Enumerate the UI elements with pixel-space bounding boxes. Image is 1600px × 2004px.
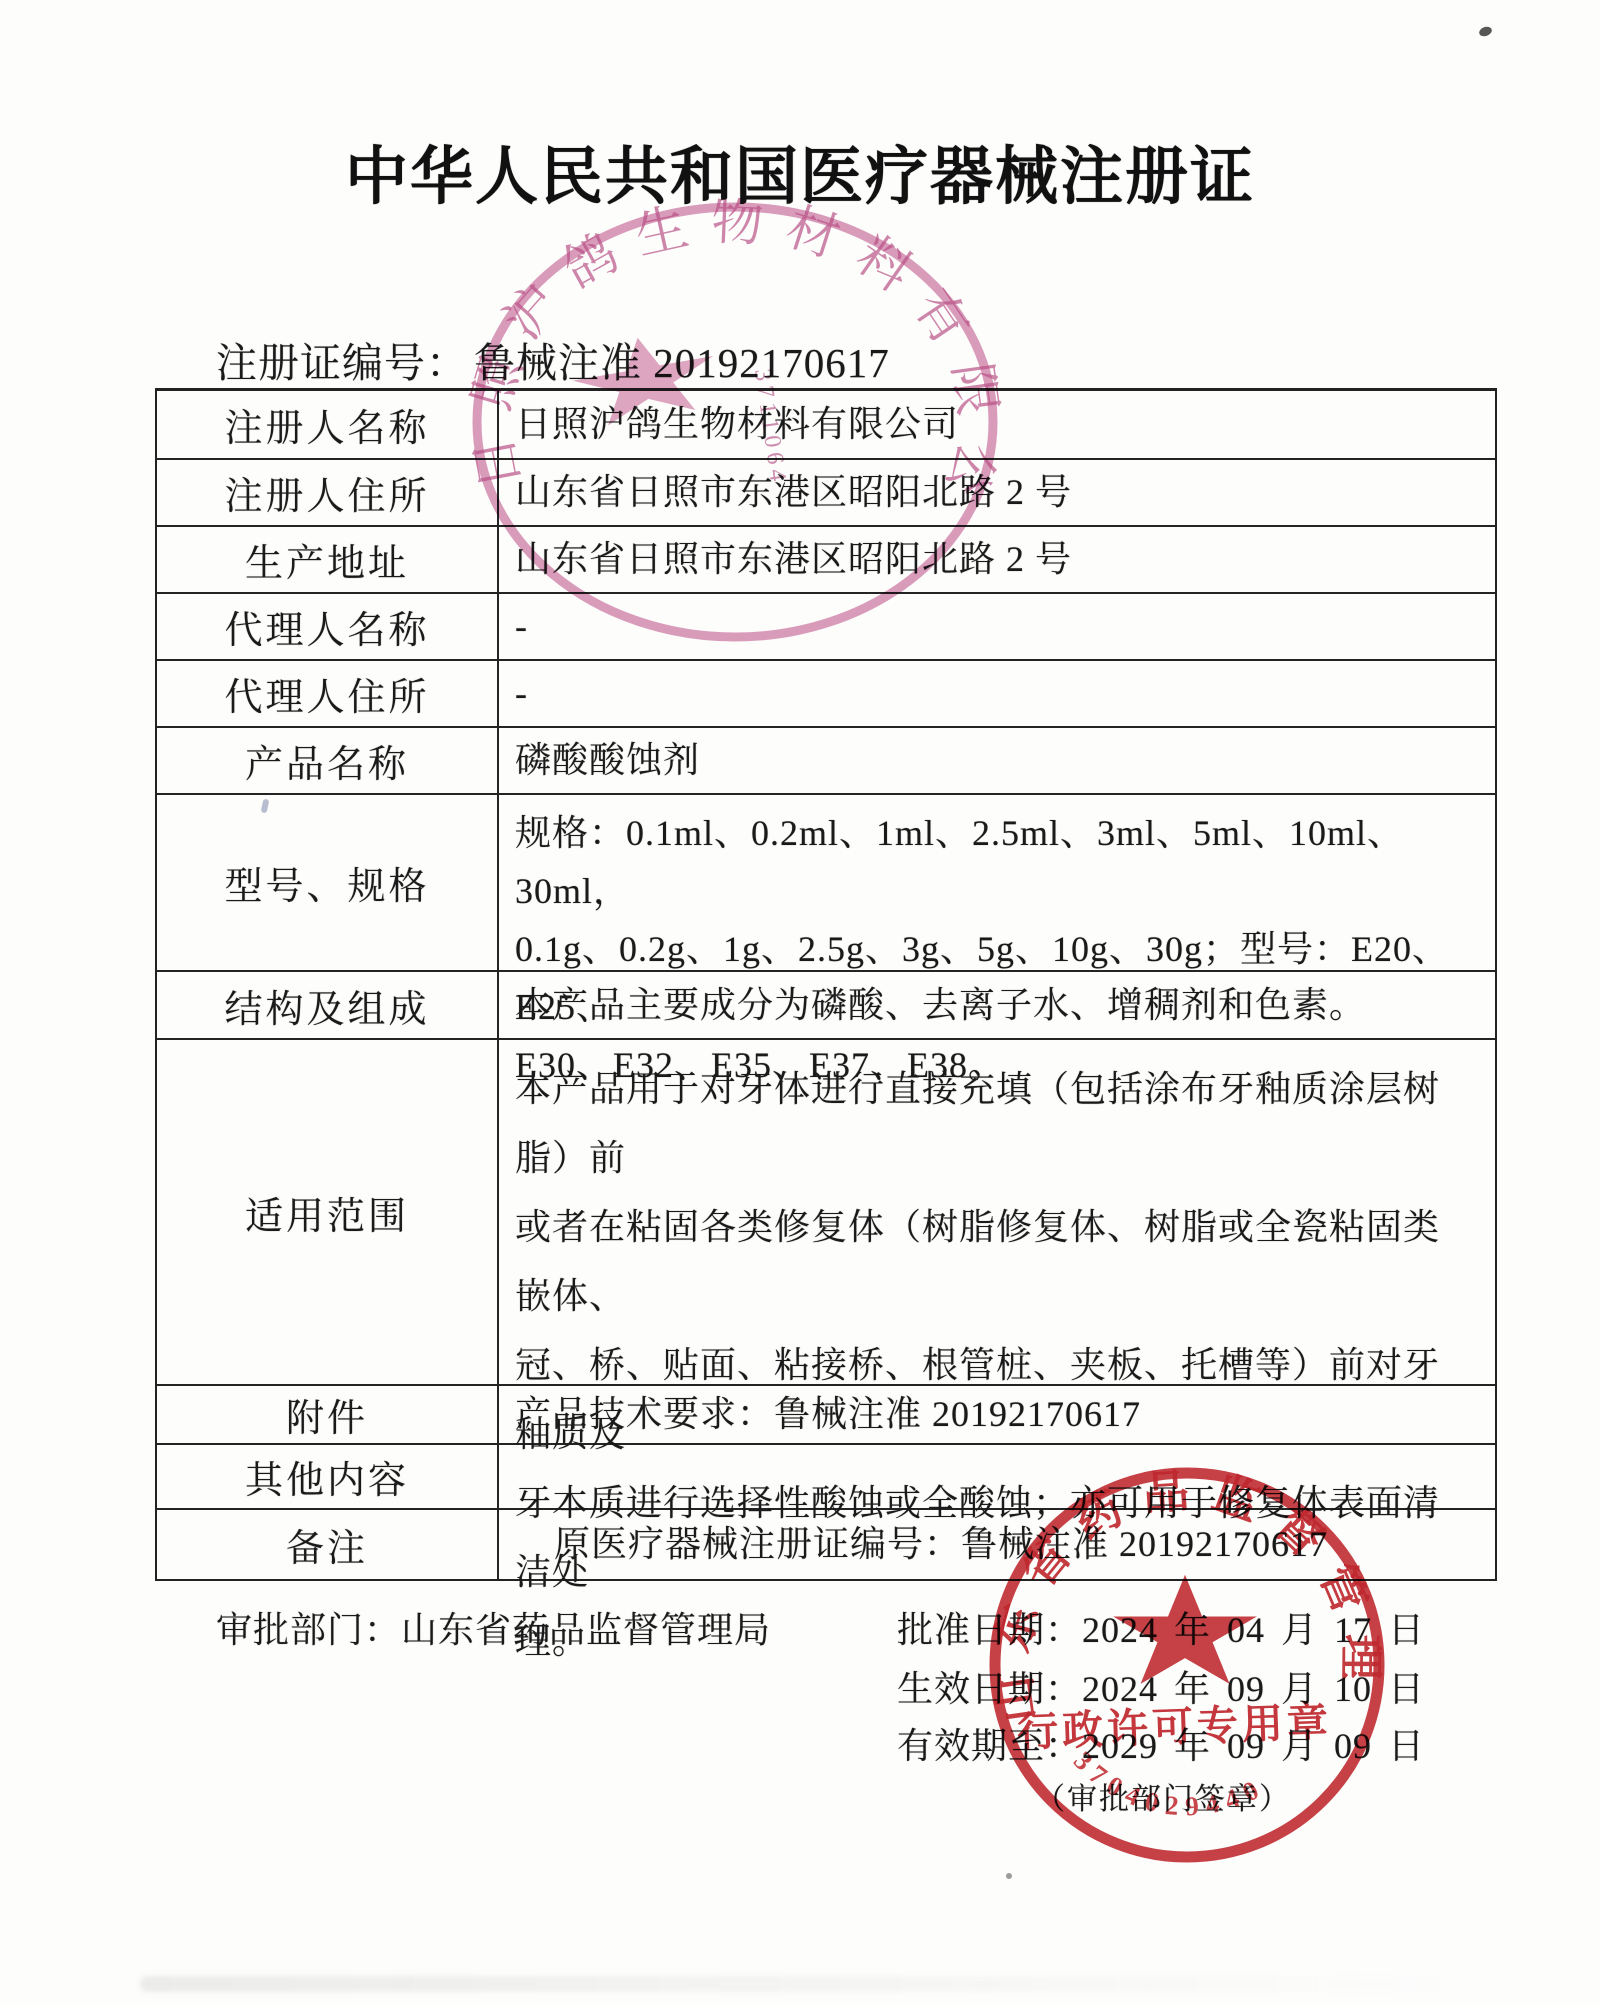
row-label: 附件: [157, 1386, 499, 1443]
table-row: 产品名称磷酸酸蚀剂: [157, 726, 1495, 793]
table-row: 型号、规格规格：0.1ml、0.2ml、1ml、2.5ml、3ml、5ml、10…: [157, 793, 1495, 970]
row-label: 型号、规格: [157, 795, 499, 970]
approval-department-label: 审批部门：: [216, 1610, 401, 1650]
certificate-table: 注册人名称日照沪鸽生物材料有限公司注册人住所山东省日照市东港区昭阳北路 2 号生…: [155, 388, 1497, 1581]
valid-until-value: 2029 年 09 月 09 日: [1082, 1726, 1425, 1766]
table-row: 代理人名称-: [157, 592, 1495, 659]
row-value: 产品技术要求：鲁械注准 20192170617: [499, 1386, 1495, 1443]
row-value: 磷酸酸蚀剂: [499, 728, 1495, 793]
row-label: 适用范围: [157, 1040, 499, 1384]
row-label: 生产地址: [157, 527, 499, 592]
row-value: -: [499, 594, 1495, 659]
row-label: 注册人名称: [157, 391, 499, 458]
approval-department-line: 审批部门：山东省药品监督管理局: [216, 1602, 771, 1653]
row-value: 本产品用于对牙体进行直接充填（包括涂布牙釉质涂层树脂）前 或者在粘固各类修复体（…: [499, 1040, 1495, 1384]
row-value: -: [499, 661, 1495, 726]
row-value: 山东省日照市东港区昭阳北路 2 号: [499, 527, 1495, 592]
seal-note: （审批部门签章）: [1035, 1774, 1291, 1818]
valid-until-line: 有效期至：2029 年 09 月 09 日: [897, 1718, 1425, 1769]
registration-number-label: 注册证编号：: [216, 340, 468, 386]
row-label: 代理人名称: [157, 594, 499, 659]
row-value: 原医疗器械注册证编号：鲁械注准 20192170617: [499, 1510, 1495, 1579]
table-row: 生产地址山东省日照市东港区昭阳北路 2 号: [157, 525, 1495, 592]
row-value: 山东省日照市东港区昭阳北路 2 号: [499, 460, 1495, 525]
row-value: [499, 1445, 1495, 1508]
table-row: 注册人名称日照沪鸽生物材料有限公司: [157, 391, 1495, 458]
row-label: 注册人住所: [157, 460, 499, 525]
approve-date-label: 批准日期：: [897, 1610, 1082, 1650]
approve-date-value: 2024 年 04 月 17 日: [1082, 1610, 1425, 1650]
table-row: 备注原医疗器械注册证编号：鲁械注准 20192170617: [157, 1508, 1495, 1579]
scan-speck: [1478, 25, 1493, 38]
effective-date-line: 生效日期：2024 年 09 月 10 日: [897, 1661, 1425, 1712]
table-row: 附件产品技术要求：鲁械注准 20192170617: [157, 1384, 1495, 1443]
row-value: 规格：0.1ml、0.2ml、1ml、2.5ml、3ml、5ml、10ml、 3…: [499, 795, 1495, 970]
registration-number-value: 鲁械注准 20192170617: [474, 340, 890, 386]
row-label: 产品名称: [157, 728, 499, 793]
certificate-title: 中华人民共和国医疗器械注册证: [0, 126, 1600, 217]
table-row: 代理人住所-: [157, 659, 1495, 726]
approve-date-line: 批准日期：2024 年 04 月 17 日: [897, 1602, 1425, 1653]
row-label: 备注: [157, 1510, 499, 1579]
certificate-page: 中华人民共和国医疗器械注册证 注册证编号：鲁械注准 20192170617 注册…: [0, 0, 1600, 2004]
scan-speck: [1006, 1873, 1012, 1879]
effective-date-value: 2024 年 09 月 10 日: [1082, 1669, 1425, 1709]
effective-date-label: 生效日期：: [897, 1669, 1082, 1709]
row-value: 本产品主要成分为磷酸、去离子水、增稠剂和色素。: [499, 972, 1495, 1038]
row-label: 代理人住所: [157, 661, 499, 726]
valid-until-label: 有效期至：: [897, 1726, 1082, 1766]
table-row: 其他内容: [157, 1443, 1495, 1508]
row-label: 结构及组成: [157, 972, 499, 1038]
row-label: 其他内容: [157, 1445, 499, 1508]
table-row: 注册人住所山东省日照市东港区昭阳北路 2 号: [157, 458, 1495, 525]
approval-department-value: 山东省药品监督管理局: [401, 1610, 771, 1650]
row-value: 日照沪鸽生物材料有限公司: [499, 391, 1495, 458]
scan-smudge: [140, 1976, 1460, 1992]
table-row: 适用范围本产品用于对牙体进行直接充填（包括涂布牙釉质涂层树脂）前 或者在粘固各类…: [157, 1038, 1495, 1384]
table-row: 结构及组成本产品主要成分为磷酸、去离子水、增稠剂和色素。: [157, 970, 1495, 1038]
registration-number-line: 注册证编号：鲁械注准 20192170617: [216, 330, 890, 389]
